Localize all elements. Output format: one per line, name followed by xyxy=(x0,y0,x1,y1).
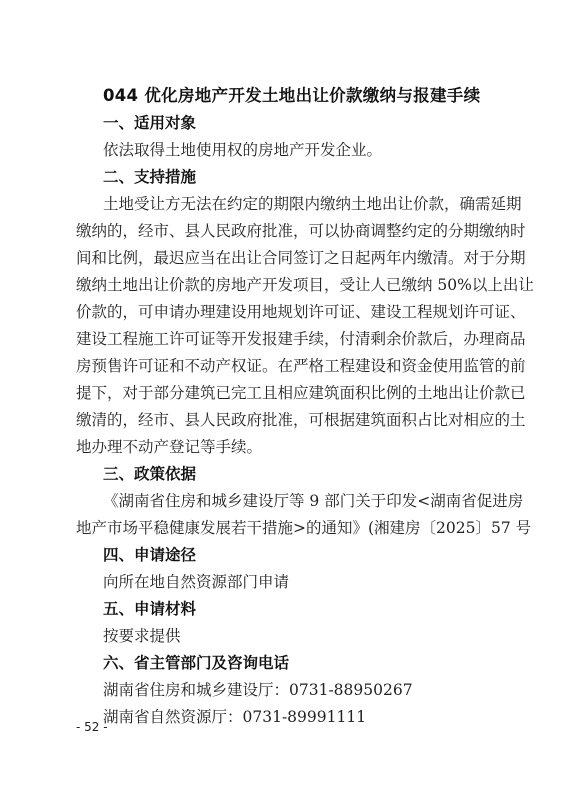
section-heading-support-measures: 二、支持措施 xyxy=(76,164,486,191)
section-heading-policy-basis: 三、政策依据 xyxy=(76,461,486,488)
paragraph-line: 缴纳土地出让价款的房地产开发项目，受让人已缴纳 50%以上出让 xyxy=(76,272,486,299)
paragraph-line: 地办理不动产登记等手续。 xyxy=(76,434,486,461)
paragraph-line: 《湖南省住房和城乡建设厅等 9 部门关于印发<湖南省促进房 xyxy=(76,488,486,515)
section-heading-application-channel: 四、申请途径 xyxy=(76,542,486,569)
paragraph-line: 建设工程施工许可证等开发报建手续，付清剩余价款后，办理商品 xyxy=(76,326,486,353)
support-measures-paragraph: 土地受让方无法在约定的期限内缴纳土地出让价款，确需延期 缴纳的，经市、县人民政府… xyxy=(76,191,486,461)
document-title: 044 优化房地产开发土地出让价款缴纳与报建手续 xyxy=(103,82,503,109)
contact-natural-resources-department: 湖南省自然资源厅：0731-89991111 xyxy=(76,704,486,731)
paragraph-line: 提下，对于部分建筑已完工且相应建筑面积比例的土地出让价款已 xyxy=(76,380,486,407)
page-number: - 52 - xyxy=(76,720,108,734)
section-text: 依法取得土地使用权的房地产开发企业。 xyxy=(76,137,486,164)
contact-housing-department: 湖南省住房和城乡建设厅：0731-88950267 xyxy=(76,677,486,704)
section-heading-applicable-objects: 一、适用对象 xyxy=(76,110,486,137)
section-text: 按要求提供 xyxy=(76,623,486,650)
paragraph-line: 缴纳的，经市、县人民政府批准，可以协商调整约定的分期缴纳时 xyxy=(76,218,486,245)
paragraph-line: 价款的，可申请办理建设用地规划许可证、建设工程规划许可证、 xyxy=(76,299,486,326)
document-page: 044 优化房地产开发土地出让价款缴纳与报建手续 一、适用对象 依法取得土地使用… xyxy=(0,0,561,793)
paragraph-line: 地产市场平稳健康发展若干措施>的通知》(湘建房〔2025〕57 号 xyxy=(76,515,486,542)
document-body: 一、适用对象 依法取得土地使用权的房地产开发企业。 二、支持措施 土地受让方无法… xyxy=(76,110,486,731)
section-heading-departments-contacts: 六、省主管部门及咨询电话 xyxy=(76,650,486,677)
section-text: 向所在地自然资源部门申请 xyxy=(76,569,486,596)
section-heading-application-materials: 五、申请材料 xyxy=(76,596,486,623)
paragraph-line: 土地受让方无法在约定的期限内缴纳土地出让价款，确需延期 xyxy=(76,191,486,218)
paragraph-line: 房预售许可证和不动产权证。在严格工程建设和资金使用监管的前 xyxy=(76,353,486,380)
policy-basis-paragraph: 《湖南省住房和城乡建设厅等 9 部门关于印发<湖南省促进房 地产市场平稳健康发展… xyxy=(76,488,486,542)
paragraph-line: 缴清的，经市、县人民政府批准，可根据建筑面积占比对相应的土 xyxy=(76,407,486,434)
paragraph-line: 间和比例，最迟应当在出让合同签订之日起两年内缴清。对于分期 xyxy=(76,245,486,272)
